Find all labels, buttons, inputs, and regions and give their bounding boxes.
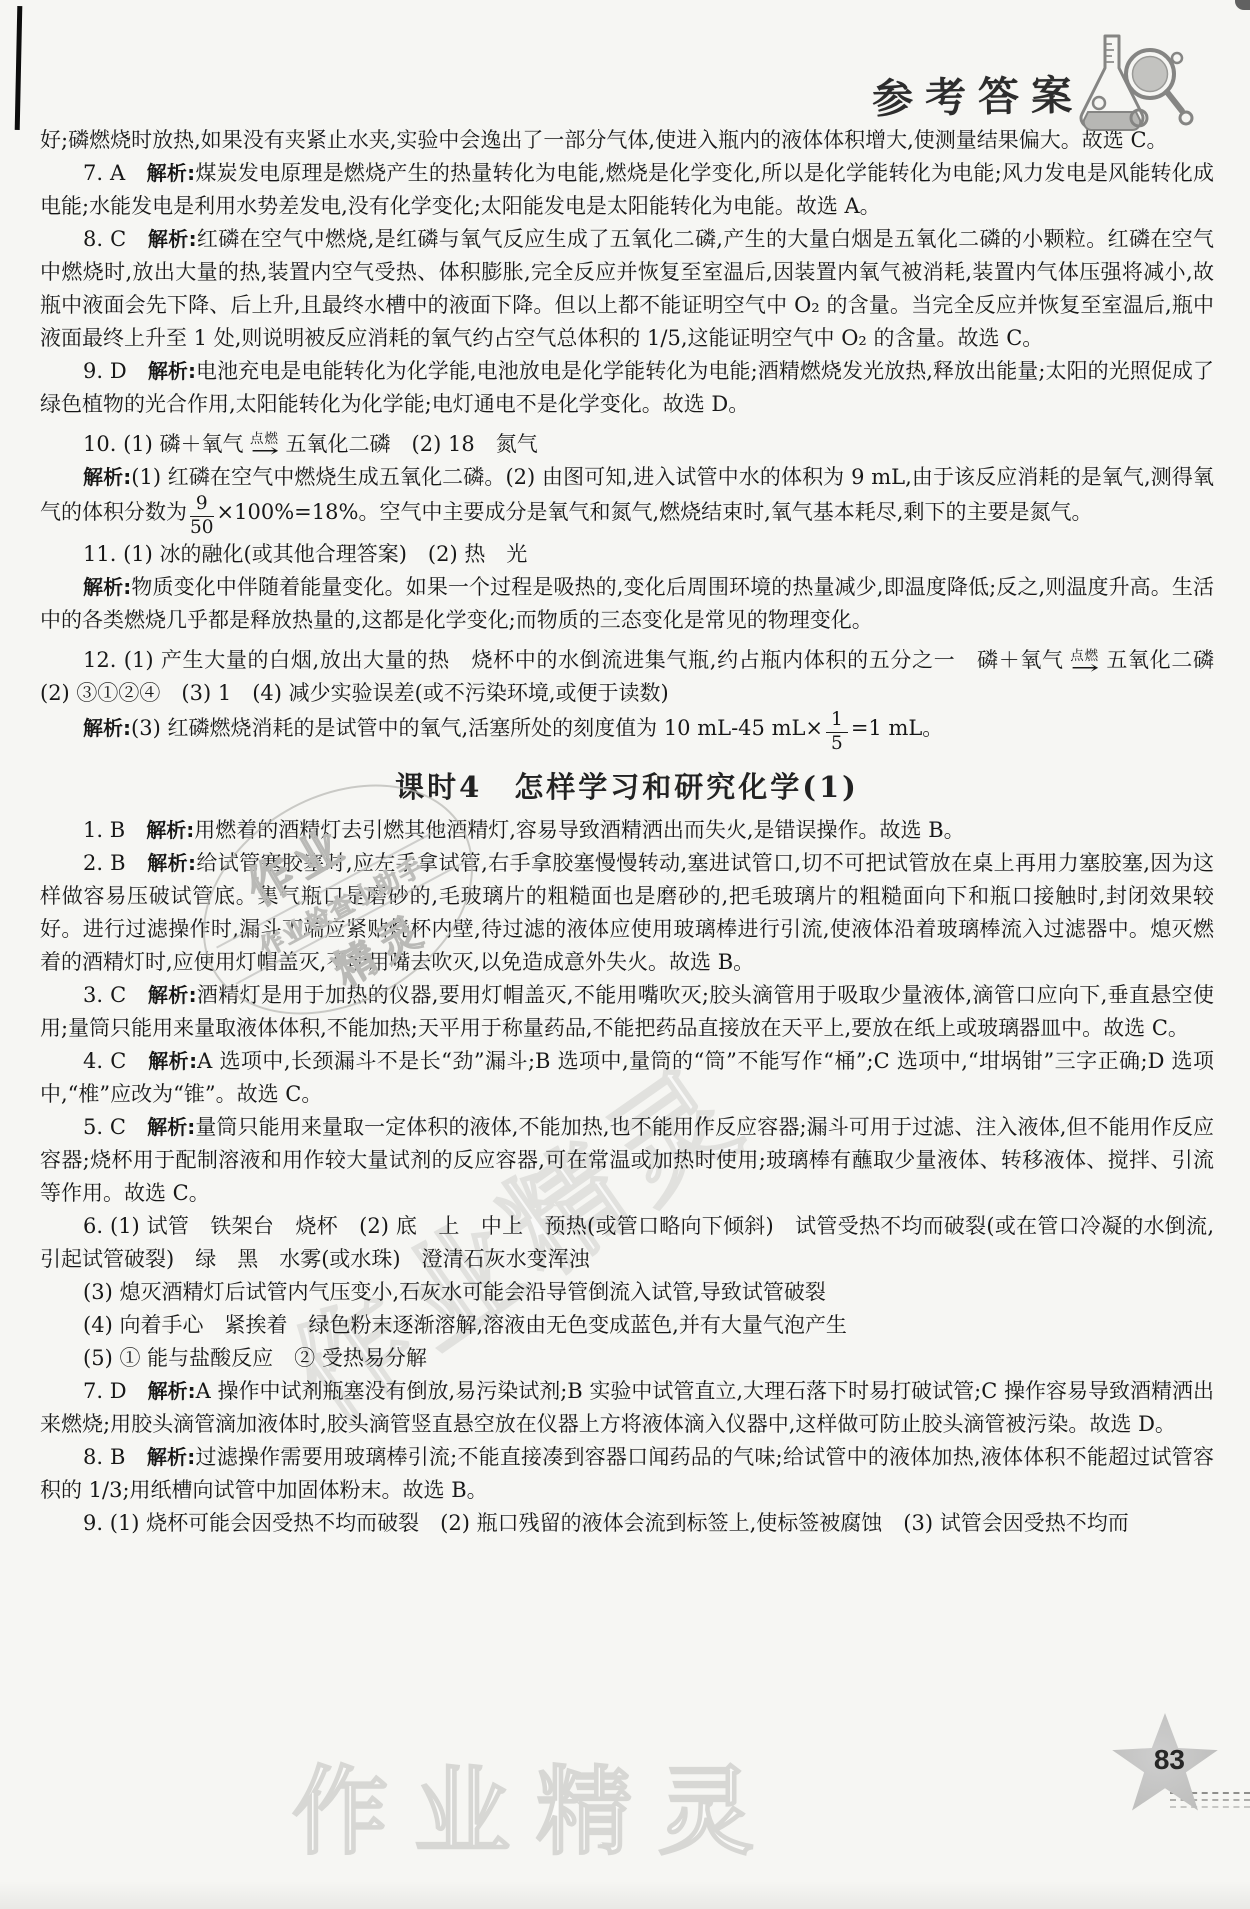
scan-corner-mark — [1235, 0, 1250, 10]
answer-paragraph: 3. C 解析:酒精灯是用于加热的仪器,要用灯帽盖灭,不能用嘴吹灭;胶头滴管用于… — [40, 979, 1214, 1045]
reaction-condition-arrow: 点燃→ — [248, 432, 282, 457]
analysis-label: 解析: — [148, 359, 196, 383]
analysis-label: 解析: — [83, 575, 131, 599]
scan-edge-mark — [15, 6, 23, 130]
answer-paragraph: (3) 熄灭酒精灯后试管内气压变小,石灰水可能会沿导管倒流入试管,导致试管破裂 — [40, 1276, 1214, 1309]
analysis-label: 解析: — [147, 851, 196, 875]
analysis-label: 解析: — [148, 983, 197, 1007]
page-number: 83 — [1154, 1744, 1185, 1776]
answer-paragraph: 解析:(3) 红磷燃烧消耗的是试管中的氧气,活塞所处的刻度值为 10 mL-45… — [40, 710, 1214, 754]
flask-magnifier-icon — [1042, 30, 1194, 150]
answer-paragraph: 解析:物质变化中伴随着能量变化。如果一个过程是吸热的,变化后周围环境的热量减少,… — [40, 571, 1214, 637]
page-number-star: 83 — [1110, 1713, 1220, 1819]
analysis-label: 解析: — [148, 227, 197, 251]
answer-paragraph: (4) 向着手心 紧挨着 绿色粉末逐渐溶解,溶液由无色变成蓝色,并有大量气泡产生 — [40, 1309, 1214, 1342]
answer-paragraph: 8. B 解析:过滤操作需要用玻璃棒引流;不能直接凑到容器口闻药品的气味;给试管… — [40, 1441, 1214, 1507]
answer-paragraph: 11. (1) 冰的融化(或其他合理答案) (2) 热 光 — [40, 538, 1214, 571]
answer-paragraph: 9. D 解析:电池充电是电能转化为化学能,电池放电是化学能转化为电能;酒精燃烧… — [40, 355, 1214, 421]
analysis-label: 解析: — [83, 716, 131, 740]
analysis-label: 解析: — [148, 1379, 196, 1403]
answer-paragraph: 好;磷燃烧时放热,如果没有夹紧止水夹,实验中会逸出了一部分气体,使进入瓶内的液体… — [40, 124, 1214, 157]
answer-paragraph: 2. B 解析:给试管塞胶塞时,应左手拿试管,右手拿胶塞慢慢转动,塞进试管口,切… — [40, 847, 1214, 979]
analysis-label: 解析: — [146, 818, 194, 842]
section-heading: 课时4 怎样学习和研究化学(1) — [40, 771, 1214, 804]
scan-shadow — [0, 1881, 1250, 1909]
answer-paragraph: 8. C 解析:红磷在空气中燃烧,是红磷与氧气反应生成了五氧化二磷,产生的大量白… — [40, 223, 1214, 355]
fraction: 950 — [187, 494, 217, 538]
analysis-label: 解析: — [83, 465, 131, 489]
answer-paragraph: 4. C 解析:A 选项中,长颈漏斗不是长“劲”漏斗;B 选项中,量筒的“筒”不… — [40, 1045, 1214, 1111]
answer-paragraph: 7. D 解析:A 操作中试剂瓶塞没有倒放,易污染试剂;B 实验中试管直立,大理… — [40, 1375, 1214, 1441]
analysis-label: 解析: — [147, 1115, 195, 1139]
reaction-condition-arrow: 点燃→ — [1068, 649, 1102, 674]
answer-paragraph: (5) ① 能与盐酸反应 ② 受热易分解 — [40, 1342, 1214, 1375]
answer-paragraph: 1. B 解析:用燃着的酒精灯去引燃其他酒精灯,容易导致酒精洒出而失火,是错误操… — [40, 814, 1214, 847]
answer-paragraph: 7. A 解析:煤炭发电原理是燃烧产生的热量转化为电能,燃烧是化学变化,所以是化… — [40, 157, 1214, 223]
answers-body: 好;磷燃烧时放热,如果没有夹紧止水夹,实验中会逸出了一部分气体,使进入瓶内的液体… — [40, 124, 1214, 1540]
answer-paragraph: 9. (1) 烧杯可能会因受热不均而破裂 (2) 瓶口残留的液体会流到标签上,使… — [40, 1507, 1214, 1540]
answer-paragraph: 10. (1) 磷＋氧气点燃→五氧化二磷 (2) 18 氮气 — [40, 428, 1214, 461]
analysis-label: 解析: — [148, 1049, 197, 1073]
answer-paragraph: 6. (1) 试管 铁架台 烧杯 (2) 底 上 中上 预热(或管口略向下倾斜)… — [40, 1210, 1214, 1276]
analysis-label: 解析: — [147, 161, 195, 185]
analysis-label: 解析: — [147, 1445, 195, 1469]
answer-paragraph: 5. C 解析:量筒只能用来量取一定体积的液体,不能加热,也不能用作反应容器;漏… — [40, 1111, 1214, 1210]
answer-key-page: 作业精灵 参考答案 好;磷燃烧时放热,如果没有夹紧止水夹,实验中会逸出了一部分气… — [0, 0, 1250, 1909]
fraction: 15 — [823, 710, 851, 754]
answer-paragraph: 12. (1) 产生大量的白烟,放出大量的热 烧杯中的水倒流进集气瓶,约占瓶内体… — [40, 644, 1214, 710]
answer-paragraph: 解析:(1) 红磷在空气中燃烧生成五氧化二磷。(2) 由图可知,进入试管中水的体… — [40, 461, 1214, 538]
watermark-bottom: 作业精灵 — [292, 1736, 780, 1873]
